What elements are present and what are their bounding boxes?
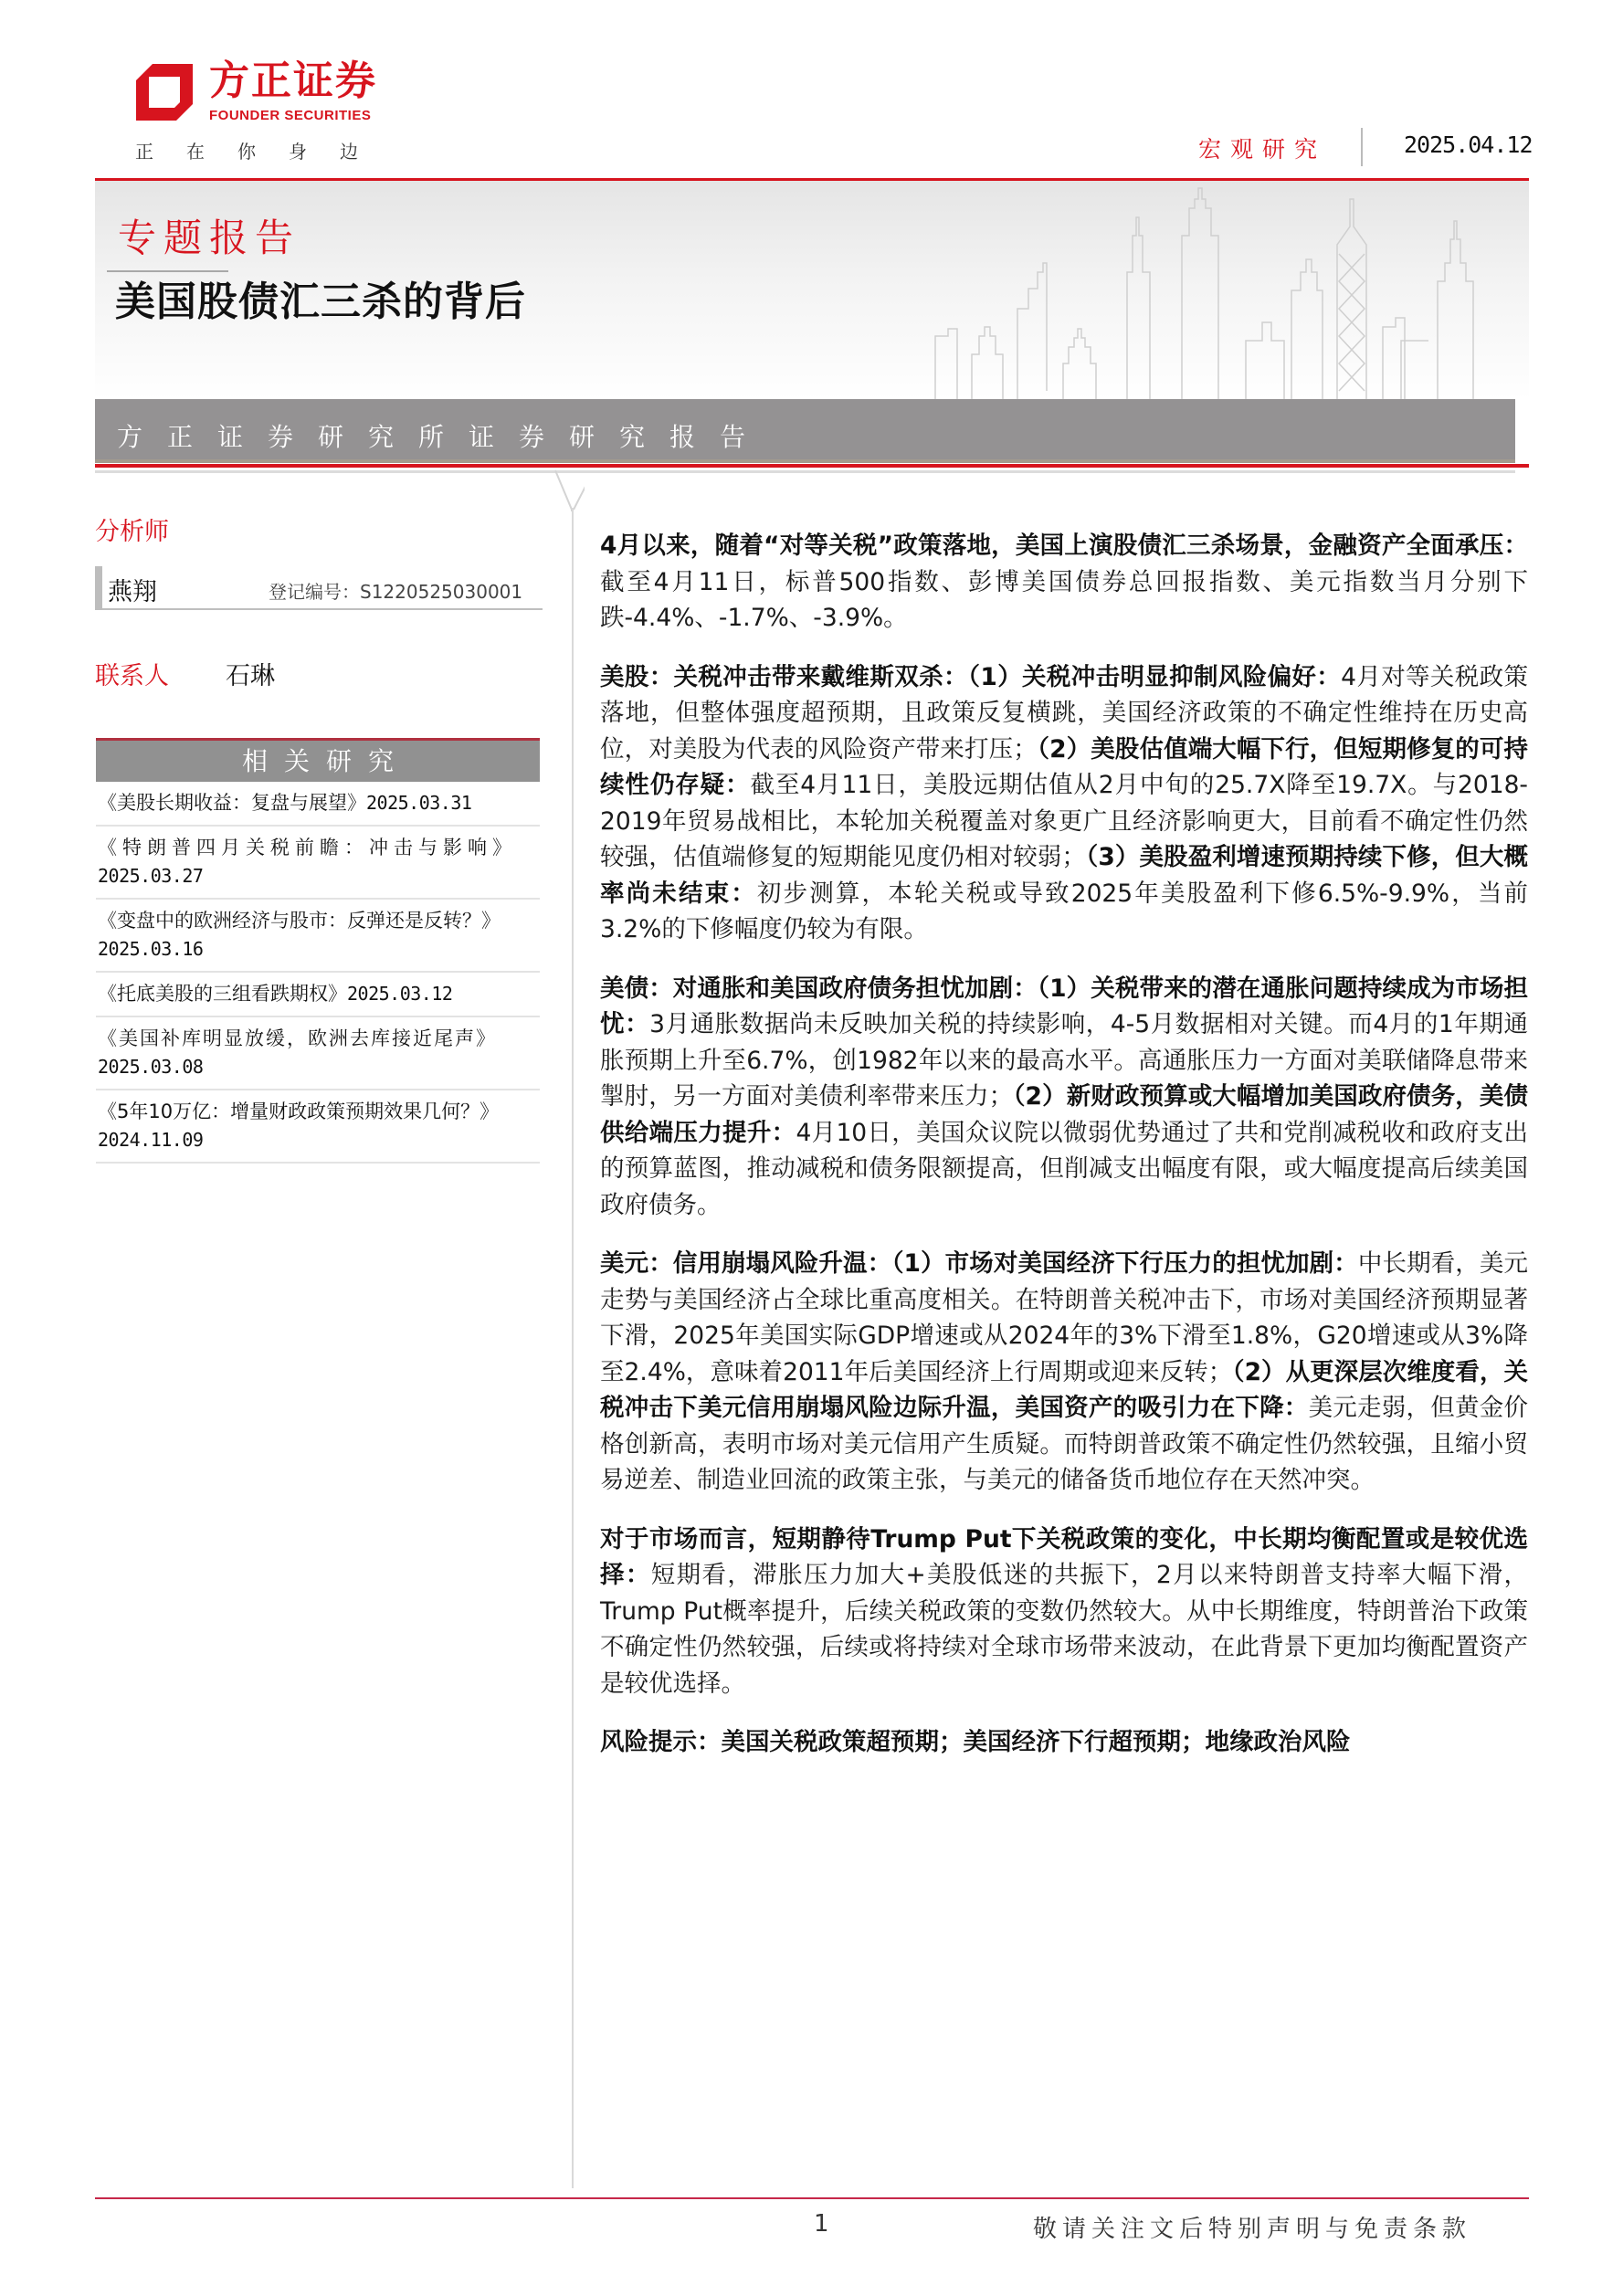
logo-name-cn: 方正证券	[209, 58, 377, 104]
analyst-accent-bar	[95, 566, 102, 610]
related-research-item[interactable]: 《托底美股的三组看跌期权》2025.03.12	[96, 973, 540, 1017]
analyst-name: 燕翔	[108, 572, 157, 607]
related-title: 《美国补库明显放缓，欧洲去库接近尾声》	[98, 1027, 497, 1049]
report-title: 美国股债汇三杀的背后	[115, 279, 526, 326]
related-title: 《变盘中的欧洲经济与股市：反弹还是反转？》	[98, 910, 501, 932]
logo-slogan: 正在你身边	[135, 137, 391, 163]
related-title: 《5年10万亿：增量财政政策预期效果几何？》	[98, 1101, 499, 1122]
related-research-list: 《美股长期收益：复盘与展望》2025.03.31 《特朗普四月关税前瞻：冲击与影…	[96, 782, 540, 1164]
band-red-rule	[95, 464, 1529, 468]
logo-name-en: FOUNDER SECURITIES	[209, 108, 371, 123]
paragraph-body: 短期看，滞胀压力加大+美股低迷的共振下，2月以来特朗普支持率大幅下滑，Trump…	[600, 1561, 1528, 1698]
city-skyline-illustration	[917, 181, 1529, 400]
related-date: 2024.11.09	[98, 1129, 203, 1151]
disclaimer-note[interactable]: 敬请关注文后特别声明与免责条款	[1033, 2210, 1471, 2244]
related-date: 2025.03.08	[98, 1056, 203, 1078]
related-date: 2025.03.16	[98, 938, 203, 960]
footer-rule	[95, 2197, 1529, 2199]
paragraph-body: 截至4月11日，标普500指数、彭博美国债券总回报指数、美元指数当月分别下跌-4…	[600, 568, 1528, 633]
related-date: 2025.03.31	[366, 792, 471, 814]
related-date: 2025.03.12	[347, 983, 452, 1005]
title-underline	[107, 270, 228, 272]
related-date: 2025.03.27	[98, 865, 203, 887]
summary-paragraph-overview: 4月以来，随着“对等关税”政策落地，美国上演股债汇三杀场景，金融资产全面承压：截…	[600, 528, 1528, 637]
band-gray-rule	[95, 470, 1515, 473]
band-stripe	[95, 459, 1515, 463]
summary-paragraph-equities: 美股：关税冲击带来戴维斯双杀：（1）关税冲击明显抑制风险偏好：4月对等关税政策落…	[600, 659, 1528, 948]
institute-band-text: 方正证券研究所证券研究报告	[117, 417, 770, 454]
summary-paragraph-outlook: 对于市场而言，短期静待Trump Put下关税政策的变化，中长期均衡配置或是较优…	[600, 1522, 1528, 1702]
related-title: 《托底美股的三组看跌期权》	[98, 983, 347, 1005]
related-research-item[interactable]: 《美国补库明显放缓，欧洲去库接近尾声》2025.03.08	[96, 1017, 540, 1090]
report-category: 宏观研究	[1198, 132, 1326, 164]
document-type: 专题报告	[118, 216, 300, 261]
analyst-row: 燕翔 登记编号：S1220525030001	[95, 566, 543, 610]
summary-paragraph-treasuries: 美债：对通胀和美国政府债务担忧加剧：（1）关税带来的潜在通胀问题持续成为市场担忧…	[600, 971, 1528, 1224]
v-notch-divider-icon	[511, 469, 585, 511]
related-title: 《美股长期收益：复盘与展望》	[98, 792, 366, 814]
report-date: 2025.04.12	[1404, 132, 1533, 158]
column-divider	[572, 508, 574, 2188]
paragraph-lead: 美股：关税冲击带来戴维斯双杀：（1）关税冲击明显抑制风险偏好：	[600, 663, 1341, 691]
contact-label: 联系人	[95, 656, 169, 691]
logo-mark-icon	[134, 62, 195, 122]
risk-warning-text: 风险提示：美国关税政策超预期；美国经济下行超预期；地缘政治风险	[600, 1728, 1351, 1756]
related-title: 《特朗普四月关税前瞻：冲击与影响》	[98, 837, 517, 858]
related-research-heading: 相关研究	[96, 741, 540, 782]
page-number: 1	[814, 2210, 829, 2238]
related-research-item[interactable]: 《5年10万亿：增量财政政策预期效果几何？》2024.11.09	[96, 1090, 540, 1164]
related-research-item[interactable]: 《美股长期收益：复盘与展望》2025.03.31	[96, 782, 540, 827]
paragraph-lead: 美元：信用崩塌风险升温：（1）市场对美国经济下行压力的担忧加剧：	[600, 1249, 1358, 1278]
related-research-item[interactable]: 《变盘中的欧洲经济与股市：反弹还是反转？》2025.03.16	[96, 900, 540, 973]
analyst-label: 分析师	[95, 511, 169, 547]
related-research-item[interactable]: 《特朗普四月关税前瞻：冲击与影响》2025.03.27	[96, 827, 540, 900]
summary-paragraph-dollar: 美元：信用崩塌风险升温：（1）市场对美国经济下行压力的担忧加剧：中长期看，美元走…	[600, 1246, 1528, 1499]
header-separator	[1361, 128, 1363, 166]
analyst-registration: 登记编号：S1220525030001	[269, 577, 522, 604]
contact-name: 石琳	[226, 656, 275, 691]
risk-warning: 风险提示：美国关税政策超预期；美国经济下行超预期；地缘政治风险	[600, 1724, 1528, 1761]
founder-securities-logo: 方正证券 FOUNDER SECURITIES	[134, 60, 390, 124]
paragraph-lead: 4月以来，随着“对等关税”政策落地，美国上演股债汇三杀场景，金融资产全面承压：	[600, 532, 1528, 560]
report-summary: 4月以来，随着“对等关税”政策落地，美国上演股债汇三杀场景，金融资产全面承压：截…	[600, 528, 1528, 1784]
